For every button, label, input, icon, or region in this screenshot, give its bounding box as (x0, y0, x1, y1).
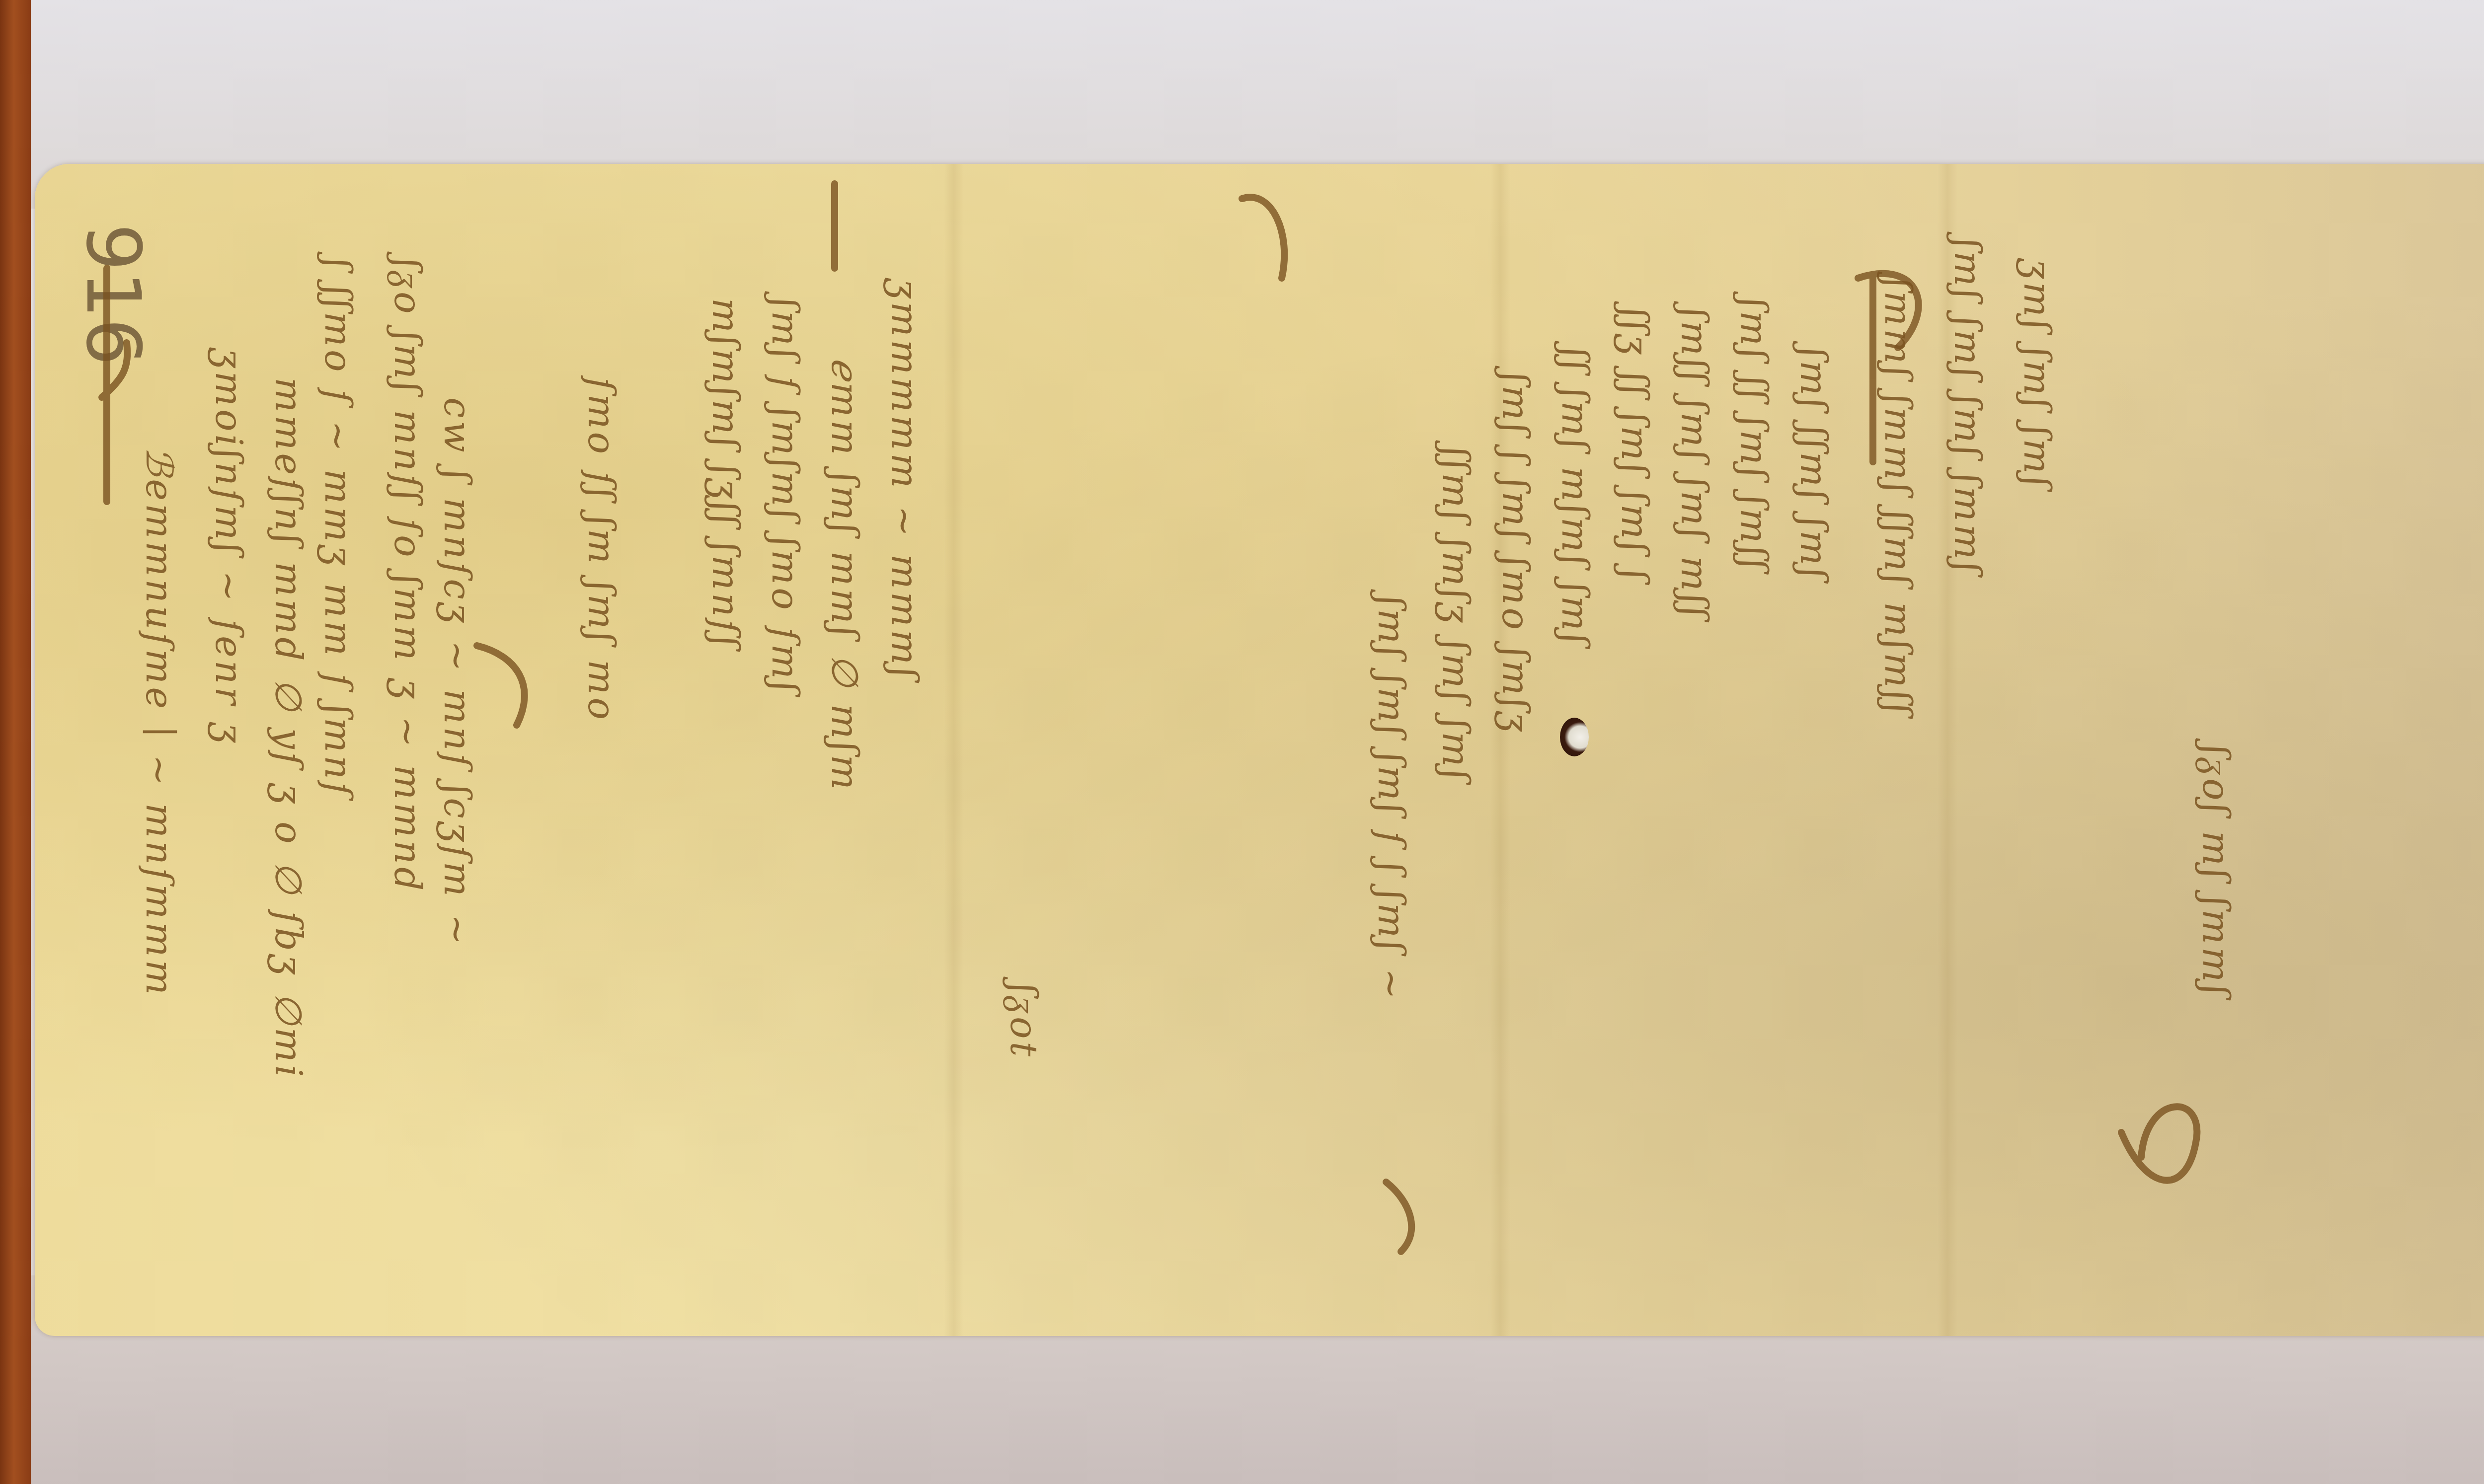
paper-hole (1560, 718, 1589, 756)
ink-flourishes (0, 0, 2484, 1484)
